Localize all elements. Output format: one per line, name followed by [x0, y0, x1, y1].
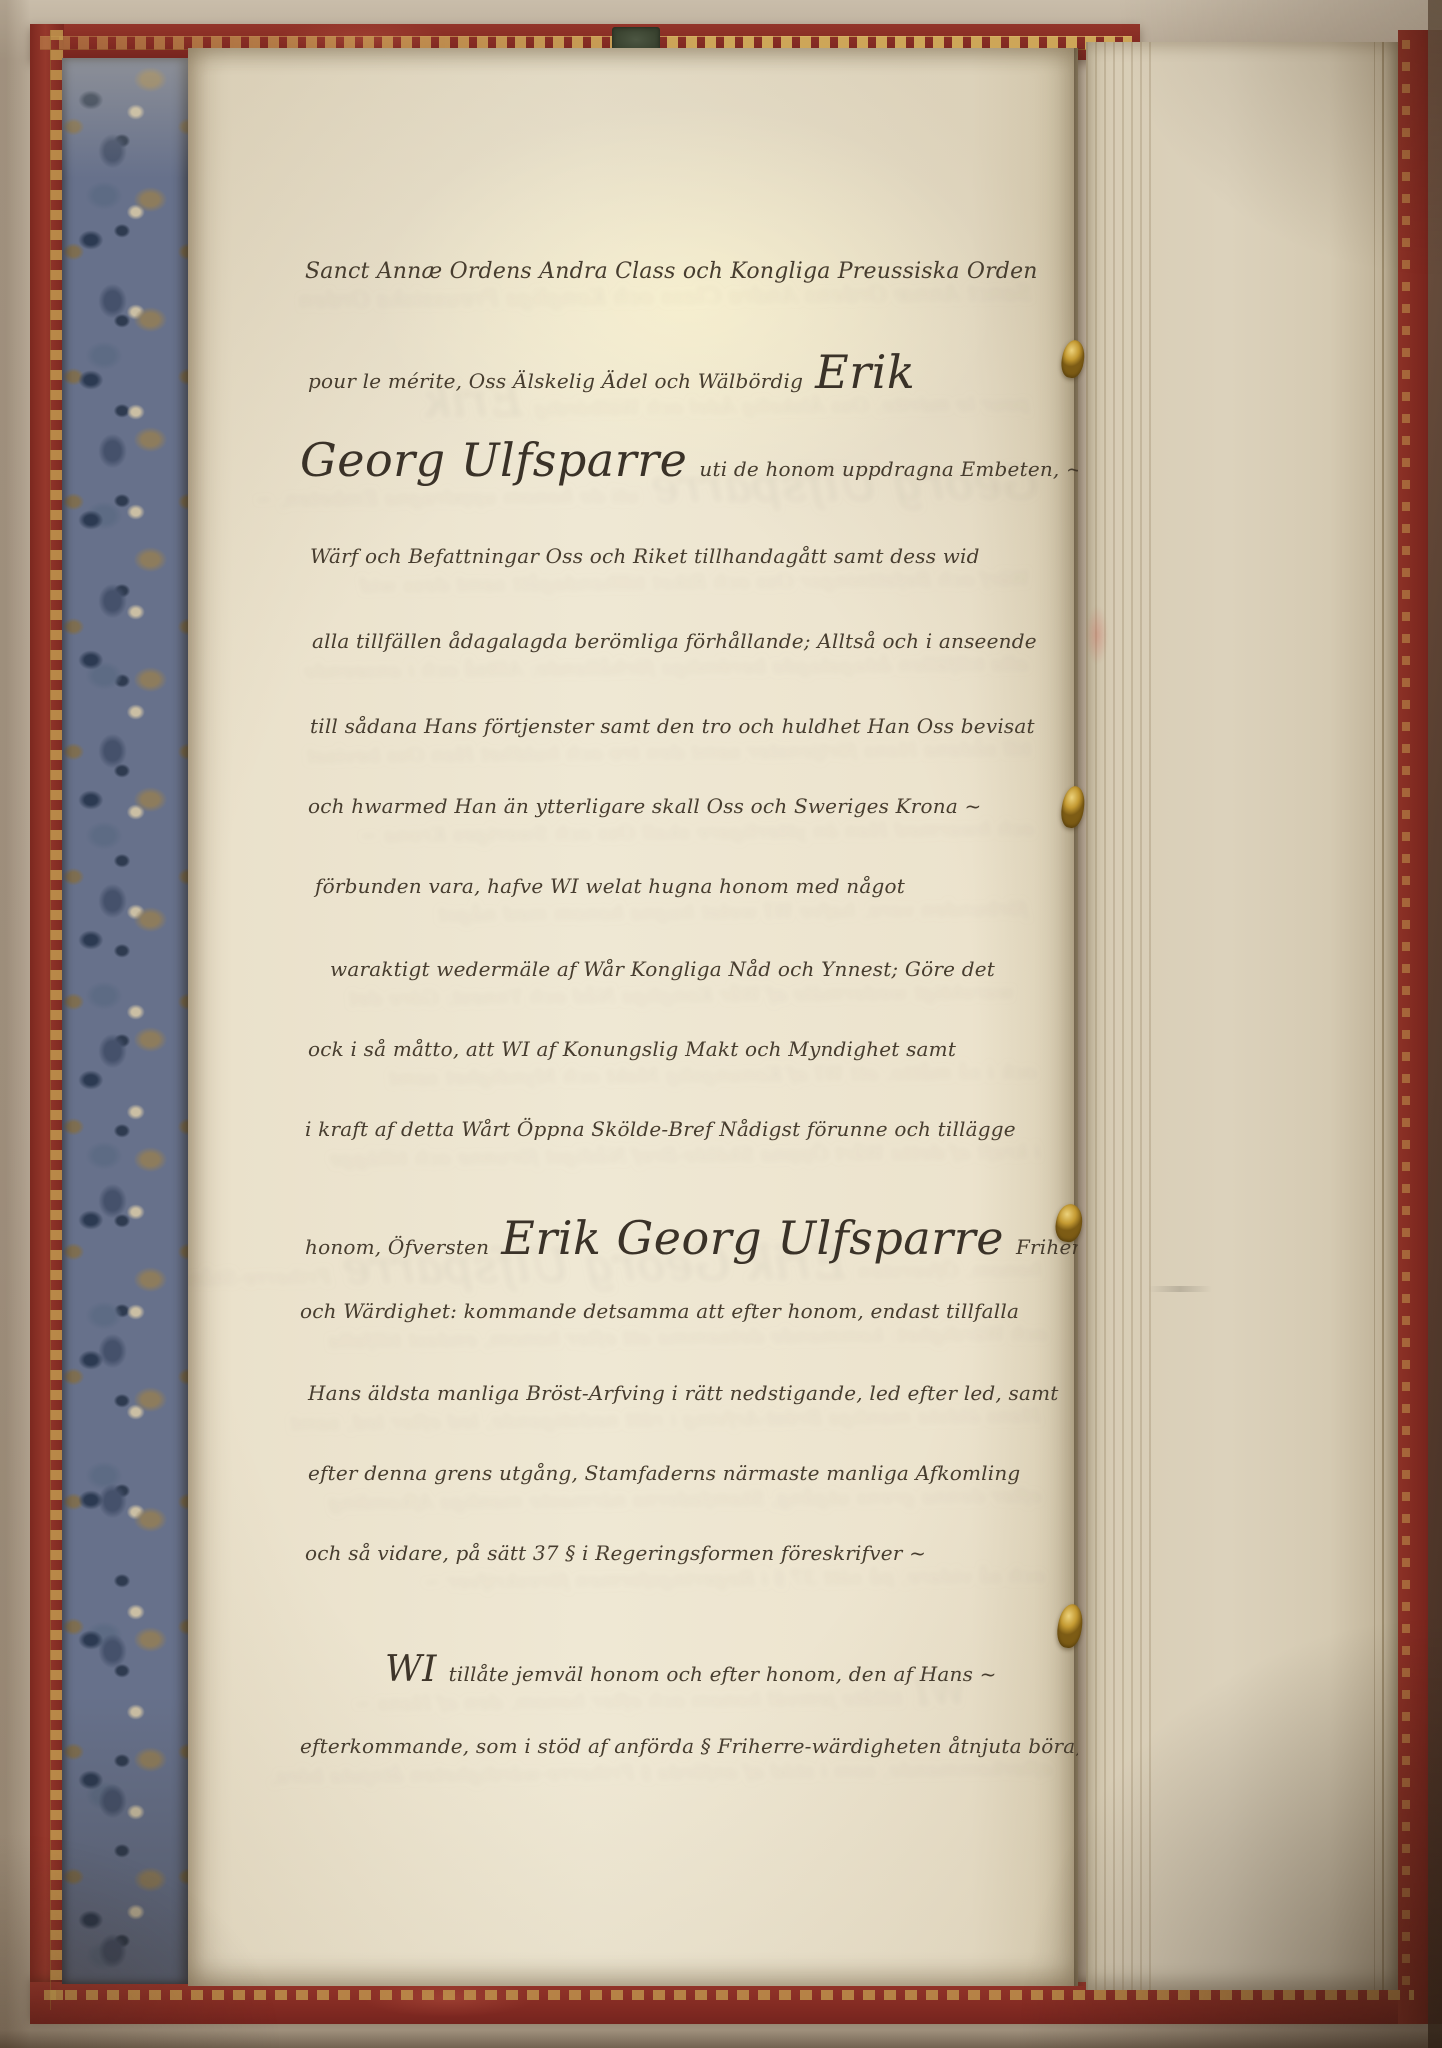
- manuscript-line: alla tillfällen ådagalagda berömliga för…: [312, 629, 1037, 653]
- manuscript-line: WItillåte jemväl honom och efter honom, …: [385, 1649, 997, 1690]
- manuscript-line: och hwarmed Han än ytterligare skall Oss…: [308, 794, 982, 818]
- manuscript-line: efterkommande, som i stöd af anförda § F…: [300, 1734, 1078, 1758]
- manuscript-line: efter denna grens utgång, Stamfaderns nä…: [308, 1461, 1020, 1485]
- manuscript-line: förbunden vara, hafve WI welat hugna hon…: [315, 874, 905, 898]
- manuscript-line: Sanct Annæ Ordens Andra Class och Kongli…: [305, 259, 1038, 284]
- page-leaf-line: [1374, 42, 1375, 1990]
- photo-bottom-edge-shadow: [0, 2030, 1442, 2048]
- manuscript-line: till sådana Hans förtjenster samt den tr…: [310, 714, 1035, 738]
- manuscript-line: Georg Ulfsparreuti de honom uppdragna Em…: [300, 433, 1078, 487]
- book-cover-left-edge: [30, 24, 64, 2020]
- manuscript-text: Sanct Annæ Ordens Andra Class och Kongli…: [300, 48, 1060, 1986]
- facing-page-edges: [1086, 42, 1398, 1990]
- page-leaf-line: [1382, 42, 1384, 1990]
- manuscript-line: och Wärdighet: kommande detsamma att eft…: [300, 1299, 1019, 1323]
- photo-right-edge-shadow: [1428, 0, 1442, 2048]
- scanned-book-photo: Sanct Annæ Ordens Andra Class och Kongli…: [0, 0, 1442, 2048]
- parchment-page: Sanct Annæ Ordens Andra Class och Kongli…: [188, 48, 1078, 1986]
- gutter-crease: [1074, 48, 1086, 1986]
- manuscript-line: pour le mérite, Oss Älskelig Ädel och Wä…: [308, 345, 915, 399]
- manuscript-line: Wärf och Befattningar Oss och Riket till…: [310, 544, 980, 568]
- manuscript-line: honom, ÖfverstenErik Georg UlfsparreFrih…: [305, 1211, 1078, 1265]
- red-stain: [1082, 596, 1112, 674]
- marbled-endpaper: [62, 58, 188, 1984]
- page-leaf-edges: [1086, 42, 1156, 1990]
- pencil-mark: [1148, 1286, 1212, 1292]
- manuscript-line: waraktigt wedermäle af Wår Kongliga Nåd …: [330, 957, 995, 981]
- manuscript-line: i kraft af detta Wårt Öppna Skölde-Bref …: [305, 1117, 1016, 1141]
- manuscript-line: och så vidare, på sätt 37 § i Regeringsf…: [305, 1541, 926, 1565]
- manuscript-line: Hans äldsta manliga Bröst-Arfving i rätt…: [308, 1381, 1059, 1405]
- manuscript-line: ock i så måtto, att WI af Konungslig Mak…: [308, 1037, 956, 1061]
